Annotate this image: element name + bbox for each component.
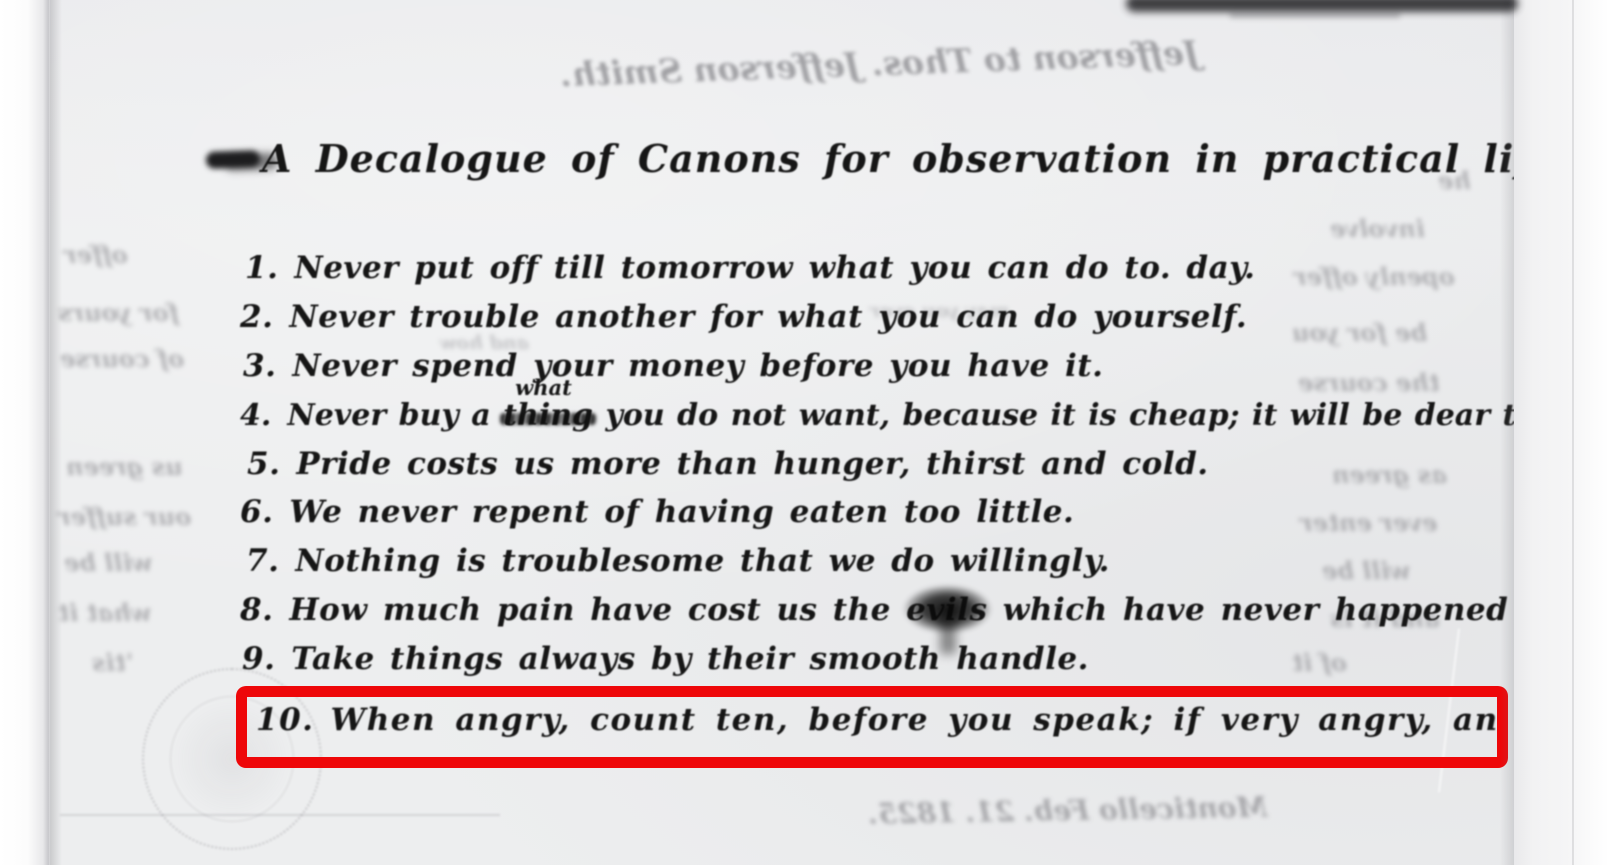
canon-line-8: 8.How much pain have cost us the evils w… [240,592,1538,628]
canon-text: How much pain have cost us the evils whi… [289,592,1537,628]
canon-line-9: 9.Take things always by their smooth han… [242,641,1089,677]
bleed-through-fragment: will be [64,548,152,577]
canon-line-7: 7.Nothing is troublesome that we do will… [246,543,1110,579]
scan-edge-right [1514,0,1609,865]
canon-text: Never trouble another for what you can d… [289,299,1247,335]
canon-text: We never repent of having eaten too litt… [289,494,1074,530]
canon-line-3: 3.Never spend your money before you have… [243,348,1103,384]
inserted-word: what [515,375,572,400]
canon-number: 1. [245,250,278,286]
canon-line-4: 4.Never buy a whatthing you do not want,… [240,398,1609,433]
canon-line-6: 6.We never repent of having eaten too li… [240,494,1074,530]
manuscript-scan: Jefferson to Thos. Jefferson Smith. Mont… [0,0,1609,865]
bleed-through-fragment: of course [60,344,184,373]
canon-text: Pride costs us more than hunger, thirst … [296,446,1208,482]
canon-text: Never put off till tomorrow what you can… [294,250,1255,286]
bleed-through-footer-date: Monticello Feb. 21. 1825. [868,791,1268,831]
canon-number: 2. [240,299,273,335]
canon-number: 9. [242,641,275,677]
canon-line-1: 1.Never put off till tomorrow what you c… [245,250,1255,286]
bleed-through-fragment: openly offer [1294,262,1455,291]
bleed-through-fragment: the course [1298,368,1440,397]
canon-number: 7. [246,543,279,579]
struck-word: whatthing [503,398,593,433]
canon-text: Nothing is troublesome that we do willin… [295,543,1110,579]
page-edge-shadow-right [1500,0,1514,865]
crossed-out-smear [206,150,261,169]
canon-text: Never spend your money before you have i… [292,348,1103,384]
canon-text: Take things always by their smooth handl… [291,641,1089,677]
bleed-through-fragment: of it [1292,648,1347,677]
canon-number: 6. [240,494,273,530]
ink-blot: evils [906,592,987,628]
highlight-box [236,686,1508,768]
bleed-through-fragment: involve [1330,214,1425,243]
canon-number: 3. [243,348,276,384]
canon-text: Never buy a whatthing you do not want, b… [287,398,1609,433]
bleed-through-fragment: 'tis [92,648,133,677]
canon-line-2: 2.Never trouble another for what you can… [240,299,1247,335]
bleed-through-fragment: our suffer [58,502,191,531]
canon-line-5: 5.Pride costs us more than hunger, thirs… [247,446,1209,482]
scan-edge-line [1572,0,1574,865]
scan-top-smudge-faint [1230,12,1400,18]
bleed-through-fragment: us green [66,452,183,481]
bleed-through-fragment: will be [1322,556,1410,585]
bleed-through-fragment: as green [1332,460,1447,489]
scan-top-smudge [1126,0,1518,12]
document-title: A Decalogue of Canons for observation in… [262,136,1571,181]
canon-number: 8. [240,592,273,628]
scan-edge-left [0,0,50,865]
canon-number: 5. [247,446,280,482]
bleed-through-fragment: ever enter [1300,508,1437,537]
bleed-through-fragment: for yours [58,298,179,327]
bleed-through-fragment: be for you [1292,318,1427,347]
bleed-through-fragment: offer [64,240,128,269]
bleed-through-fragment: what it [58,598,151,627]
page-edge-shadow-left [50,0,62,865]
canon-number: 4. [240,398,271,433]
